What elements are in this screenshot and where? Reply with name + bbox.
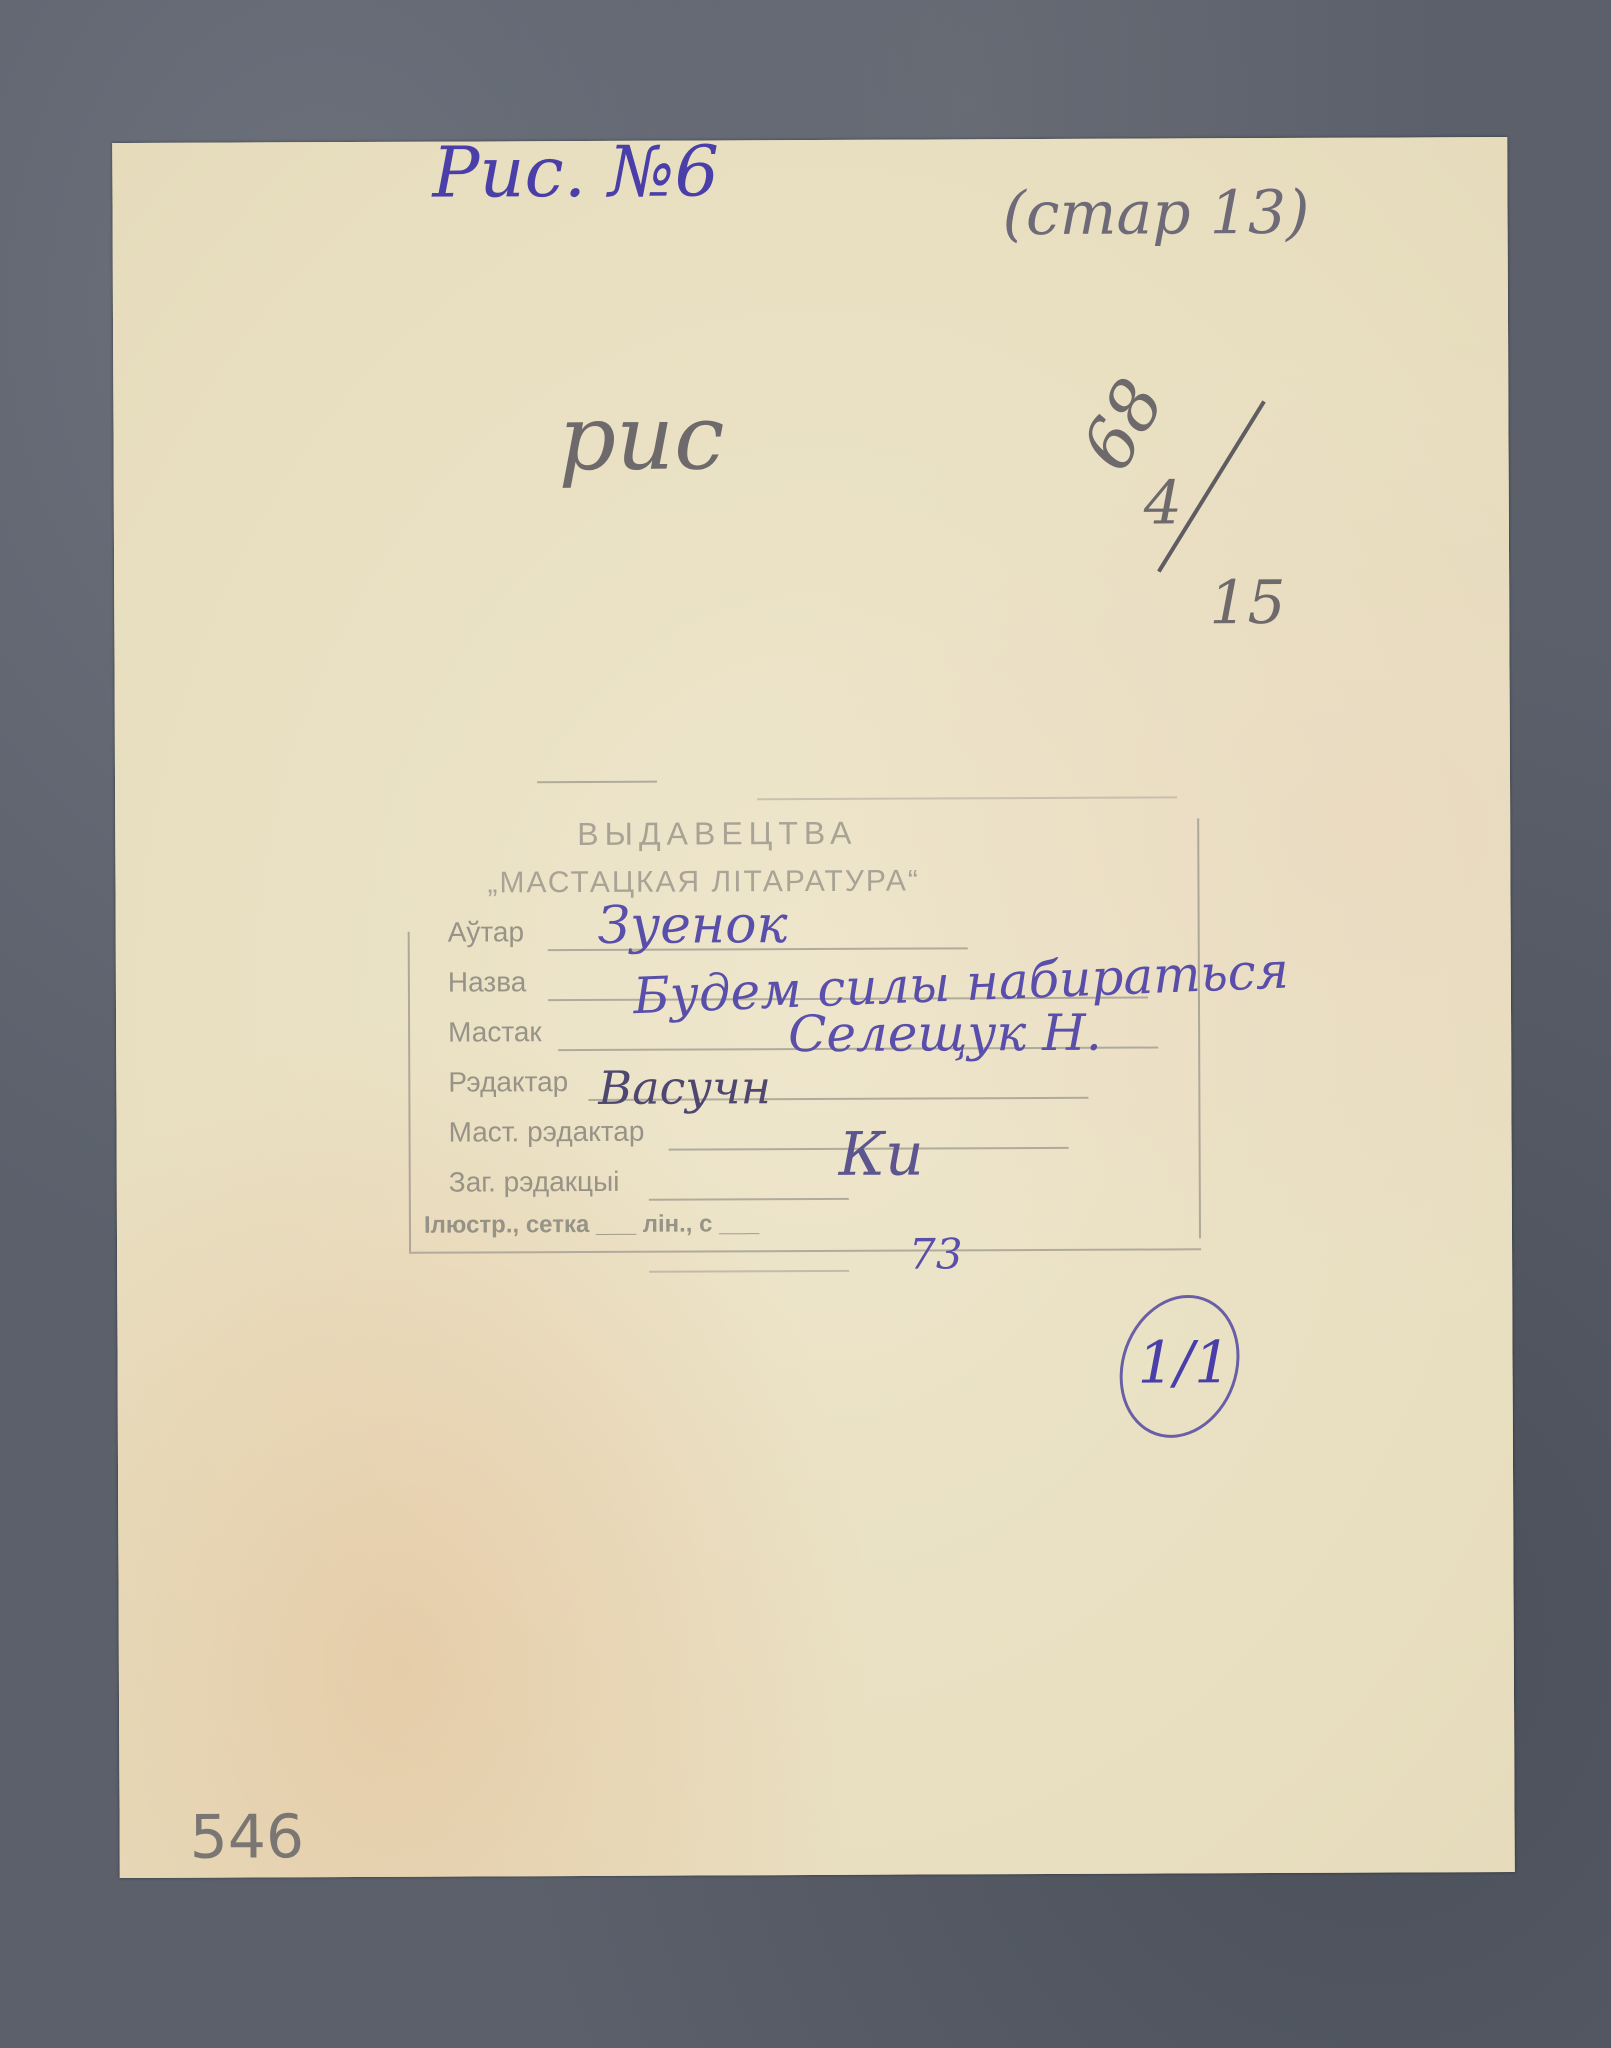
stamp-label-editor: Рэдактар [448, 1066, 568, 1099]
editor-signature: Васучн [598, 1060, 771, 1115]
fraction-mid: 4 [1144, 468, 1182, 538]
stamp-label-head-editor: Заг. рэдакцыі [449, 1166, 620, 1199]
pencil-mark-ris: рис [558, 385, 724, 491]
stamp-label-artist: Мастак [448, 1016, 542, 1048]
page-reference: (стар 13) [1002, 178, 1309, 249]
signature-mark: Ки [838, 1120, 923, 1190]
stamp-label-title: Назва [448, 966, 527, 998]
publisher-stamp: ВЫДАВЕЦТВА „МАСТАЦКАЯ ЛІТАРАТУРА“ Аўтар … [407, 778, 1209, 1261]
stamp-header-publisher: ВЫДАВЕЦТВА [577, 815, 857, 853]
small-number: 73 [909, 1229, 963, 1278]
stamp-label-author: Аўтар [448, 916, 524, 948]
fraction-top: 68 [1065, 366, 1180, 484]
fraction-bottom: 15 [1209, 568, 1286, 638]
artist-value: Селещук Н. [788, 1004, 1102, 1063]
figure-number: Рис. №6 [432, 130, 719, 213]
circled-number: 1/1 [1137, 1328, 1231, 1396]
photo-reverse-paper: Рис. №6 (стар 13) рис 68 4 15 ВЫДАВЕЦТВА… [112, 137, 1515, 1878]
inventory-number: 546 [189, 1802, 304, 1872]
stamp-label-illustration: Ілюстр., сетка ___ лін., с ___ [424, 1210, 759, 1239]
stamp-label-art-editor: Маст. рэдактар [448, 1116, 644, 1149]
author-value: Зуенок [598, 895, 788, 956]
